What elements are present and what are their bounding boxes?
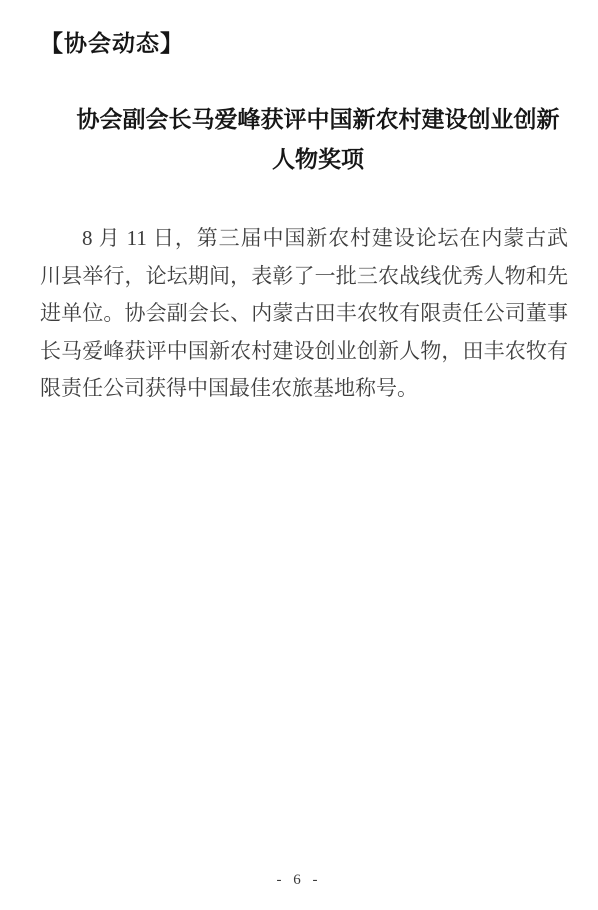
document-page: 【协会动态】 协会副会长马爱峰获评中国新农村建设创业创新人物奖项 8 月 11 …: [0, 0, 598, 910]
article-paragraph: 8 月 11 日，第三届中国新农村建设论坛在内蒙古武川县举行，论坛期间，表彰了一…: [40, 220, 568, 408]
article-title: 协会副会长马爱峰获评中国新农村建设创业创新人物奖项: [68, 100, 568, 180]
page-number: - 6 -: [0, 872, 598, 889]
section-header: 【协会动态】: [40, 30, 598, 56]
